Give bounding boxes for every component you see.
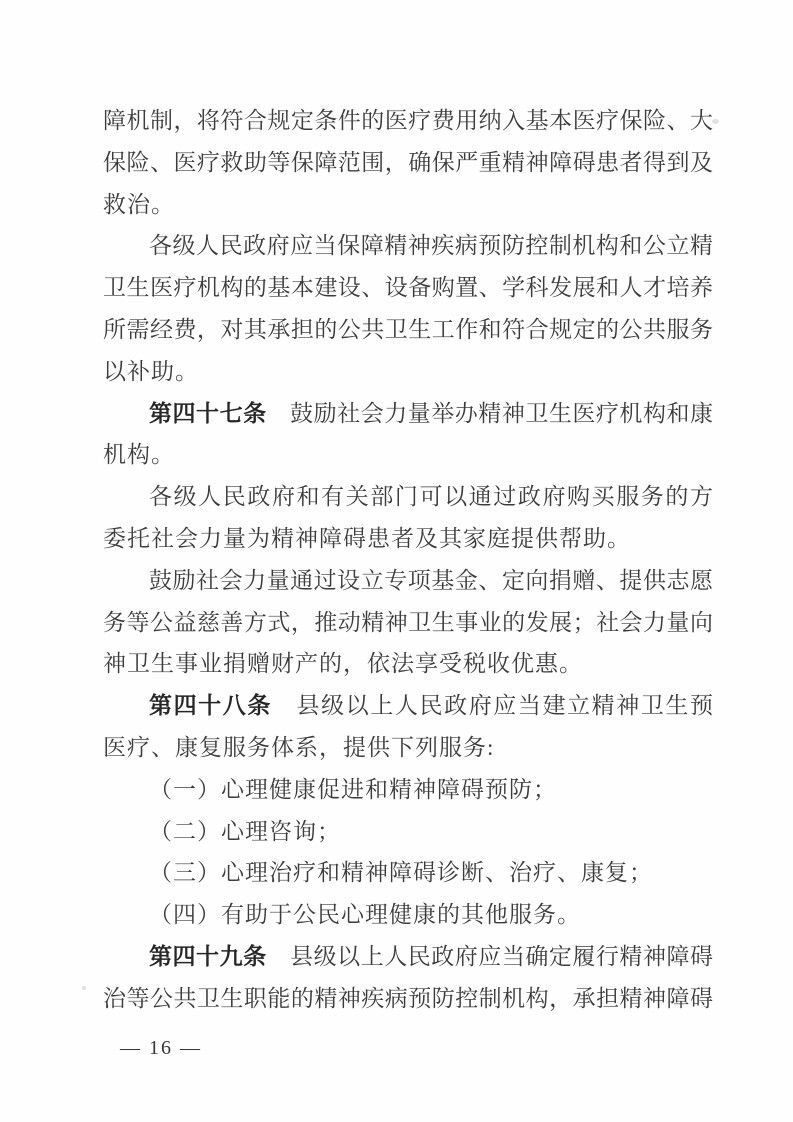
text-line: 以补助。 [103,351,713,393]
page-number: — 16 — [120,1034,202,1062]
text-run: （三）心理治疗和精神障碍诊断、治疗、康复； [149,860,653,885]
text-line: 障机制，将符合规定条件的医疗费用纳入基本医疗保险、大病 [103,100,713,142]
text-line: （三）心理治疗和精神障碍诊断、治疗、康复； [103,852,713,894]
text-line: 救治。 [103,184,713,226]
text-line: 第四十七条 鼓励社会力量举办精神卫生医疗机构和康复 [103,393,713,435]
document-body: 障机制，将符合规定条件的医疗费用纳入基本医疗保险、大病保险、医疗救助等保障范围，… [103,100,713,1020]
article-number: 第四十八条 [149,693,272,718]
text-run: 救治。 [103,192,175,217]
text-line: 各级人民政府应当保障精神疾病预防控制机构和公立精神 [103,225,713,267]
text-line: 神卫生事业捐赠财产的，依法享受税收优惠。 [103,643,713,685]
article-number: 第四十七条 [149,401,267,426]
text-run: 委托社会力量为精神障碍患者及其家庭提供帮助。 [103,526,631,551]
text-line: 治等公共卫生职能的精神疾病预防控制机构，承担精神障碍的 [103,978,713,1020]
text-line: （二）心理咨询； [103,811,713,853]
text-run: 以补助。 [103,359,199,384]
text-run: 保险、医疗救助等保障范围，确保严重精神障碍患者得到及时 [103,150,713,184]
text-line: 委托社会力量为精神障碍患者及其家庭提供帮助。 [103,518,713,560]
text-run: 务等公益慈善方式，推动精神卫生事业的发展；社会力量向精 [103,610,713,644]
text-run: 神卫生事业捐赠财产的，依法享受税收优惠。 [103,651,583,676]
text-line: 医疗、康复服务体系，提供下列服务: [103,727,713,769]
text-line: （一）心理健康促进和精神障碍预防； [103,769,713,811]
text-run: 各级人民政府应当保障精神疾病预防控制机构和公立精神 [149,233,713,267]
text-line: 第四十九条 县级以上人民政府应当确定履行精神障碍防 [103,936,713,978]
text-line: 鼓励社会力量通过设立专项基金、定向捐赠、提供志愿服 [103,560,713,602]
text-run: （四）有助于公民心理健康的其他服务。 [149,902,581,927]
text-run: 障机制，将符合规定条件的医疗费用纳入基本医疗保险、大病 [103,108,713,142]
text-line: 各级人民政府和有关部门可以通过政府购买服务的方式， [103,476,713,518]
scanned-document-page: 障机制，将符合规定条件的医疗费用纳入基本医疗保险、大病保险、医疗救助等保障范围，… [0,0,793,1122]
text-line: 所需经费，对其承担的公共卫生工作和符合规定的公共服务予 [103,309,713,351]
text-line: 机构。 [103,434,713,476]
text-run: 医疗、康复服务体系，提供下列服务: [103,735,494,760]
scan-speck [712,119,719,124]
text-run: （一）心理健康促进和精神障碍预防； [149,777,557,802]
text-run: 各级人民政府和有关部门可以通过政府购买服务的方式， [149,484,713,518]
text-run: （二）心理咨询； [149,819,341,844]
text-run: 所需经费，对其承担的公共卫生工作和符合规定的公共服务予 [103,317,713,351]
text-run: 治等公共卫生职能的精神疾病预防控制机构，承担精神障碍的 [103,986,713,1020]
text-run: 鼓励社会力量通过设立专项基金、定向捐赠、提供志愿服 [149,568,713,602]
text-run: 卫生医疗机构的基本建设、设备购置、学科发展和人才培养等 [103,275,713,309]
text-line: （四）有助于公民心理健康的其他服务。 [103,894,713,936]
text-line: 卫生医疗机构的基本建设、设备购置、学科发展和人才培养等 [103,267,713,309]
scan-speck [82,986,86,990]
text-run: 机构。 [103,442,175,467]
article-number: 第四十九条 [149,944,267,969]
text-line: 第四十八条 县级以上人民政府应当建立精神卫生预防、 [103,685,713,727]
text-line: 务等公益慈善方式，推动精神卫生事业的发展；社会力量向精 [103,602,713,644]
text-line: 保险、医疗救助等保障范围，确保严重精神障碍患者得到及时 [103,142,713,184]
